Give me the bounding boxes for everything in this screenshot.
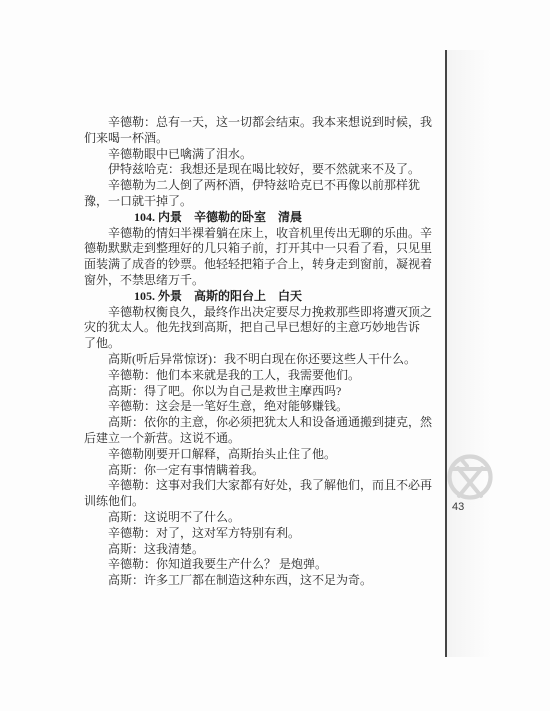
script-line: 灾的犹太人。他先找到高斯，把自己早已想好的主意巧妙地告诉 xyxy=(84,320,440,336)
script-line: 训练他们。 xyxy=(84,494,440,510)
script-line: 高斯：你一定有事情瞒着我。 xyxy=(84,463,440,479)
script-line: 辛德勒眼中已噙满了泪水。 xyxy=(84,147,440,163)
script-line: 后建立一个新营。这说不通。 xyxy=(84,431,440,447)
script-line: 辛德勒：他们本来就是我的工人，我需要他们。 xyxy=(84,368,440,384)
script-line: 豫，一口就干掉了。 xyxy=(84,194,440,210)
publisher-stamp-icon xyxy=(445,453,495,503)
script-line: 面装满了成沓的钞票。他轻轻把箱子合上，转身走到窗前，凝视着 xyxy=(84,257,440,273)
script-line: 高斯：依你的主意，你必须把犹太人和设备通通搬到捷克，然 xyxy=(84,415,440,431)
script-line: 辛德勒为二人倒了两杯酒，伊特兹哈克已不再像以前那样犹 xyxy=(84,178,440,194)
script-line: 辛德勒刚要开口解释，高斯抬头止住了他。 xyxy=(84,447,440,463)
script-line: 辛德勒：你知道我要生产什么？ 是炮弹。 xyxy=(84,557,440,573)
page-edge-line xyxy=(445,50,447,657)
scene-heading: 104. 内景 辛德勒的卧室 清晨 xyxy=(84,210,440,226)
script-line: 高斯：这我清楚。 xyxy=(84,542,440,558)
script-line: 德勒默默走到整理好的几只箱子前，打开其中一只看了看，只见里 xyxy=(84,241,440,257)
page-number: 43 xyxy=(452,501,464,513)
script-line: 辛德勒权衡良久，最终作出决定要尽力挽救那些即将遭灭顶之 xyxy=(84,305,440,321)
script-line: 辛德勒：这会是一笔好生意，绝对能够赚钱。 xyxy=(84,399,440,415)
script-line: 伊特兹哈克：我想还是现在喝比较好，要不然就来不及了。 xyxy=(84,162,440,178)
scene-heading: 105. 外景 高斯的阳台上 白天 xyxy=(84,289,440,305)
page-edge-shade xyxy=(447,50,491,657)
script-line: 辛德勒：这事对我们大家都有好处，我了解他们，而且不必再 xyxy=(84,478,440,494)
script-line: 们来喝一杯酒。 xyxy=(84,131,440,147)
script-line: 辛德勒：对了，这对军方特别有利。 xyxy=(84,526,440,542)
script-line: 了他。 xyxy=(84,336,440,352)
script-line: 高斯：这说明不了什么。 xyxy=(84,510,440,526)
script-line: 高斯：得了吧。你以为自己是救世主摩西吗? xyxy=(84,384,440,400)
script-line: 高斯：许多工厂都在制造这种东西，这不足为奇。 xyxy=(84,573,440,589)
script-line: 辛德勒：总有一天，这一切都会结束。我本来想说到时候，我 xyxy=(84,115,440,131)
scanned-page: 辛德勒：总有一天，这一切都会结束。我本来想说到时候，我们来喝一杯酒。辛德勒眼中已… xyxy=(0,0,550,711)
script-line: 高斯(听后异常惊讶)：我不明白现在你还要这些人干什么。 xyxy=(84,352,440,368)
script-line: 窗外，不禁思绪万千。 xyxy=(84,273,440,289)
script-text: 辛德勒：总有一天，这一切都会结束。我本来想说到时候，我们来喝一杯酒。辛德勒眼中已… xyxy=(84,115,440,589)
script-line: 辛德勒的情妇半裸着躺在床上，收音机里传出无聊的乐曲。辛 xyxy=(84,226,440,242)
